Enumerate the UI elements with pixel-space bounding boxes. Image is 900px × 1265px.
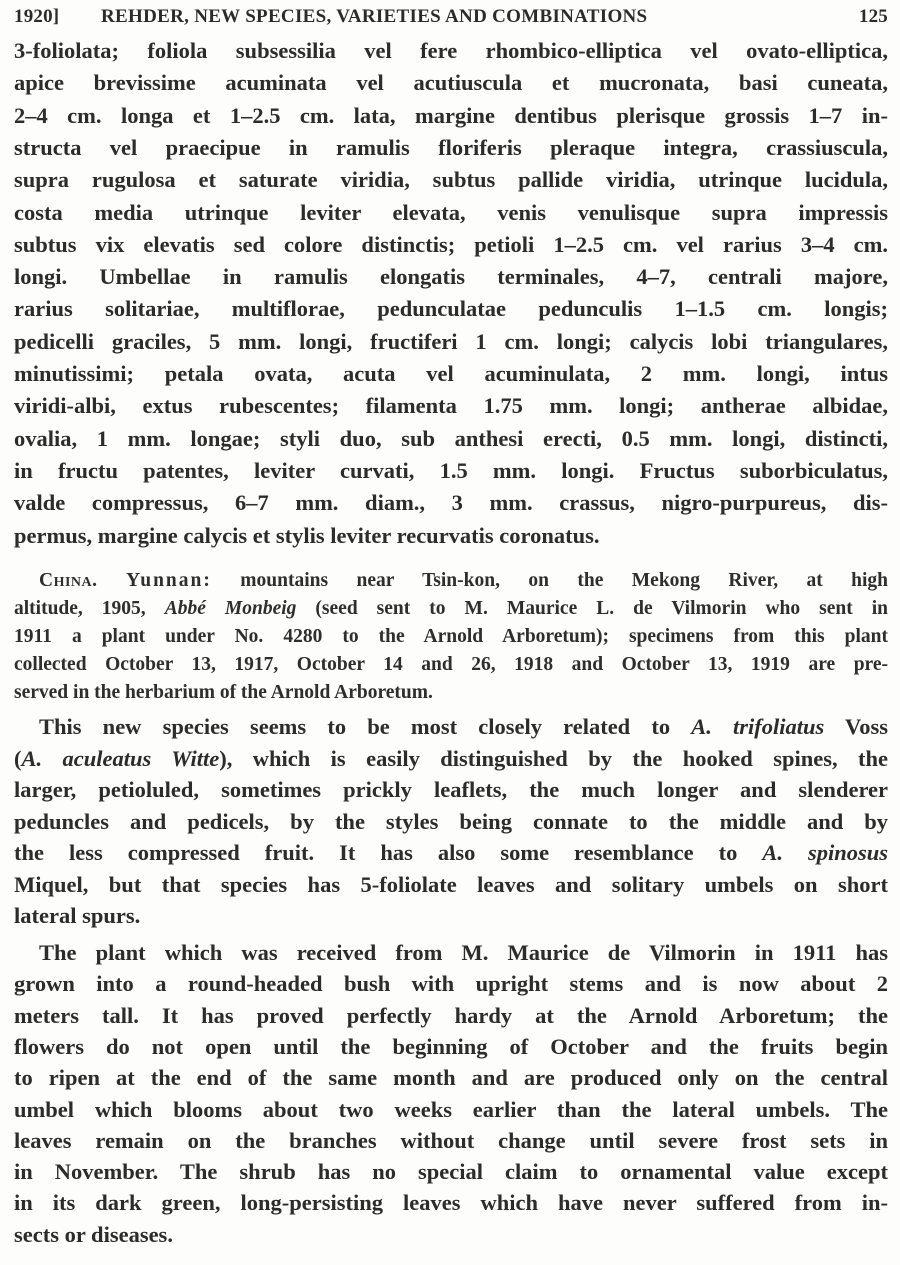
- description-line: supra rugulosa et saturate viridia, subt…: [14, 165, 888, 195]
- document-page: 1920] REHDER, NEW SPECIES, VARIETIES AND…: [0, 0, 900, 1265]
- description-line: 2–4 cm. longa et 1–2.5 cm. lata, margine…: [14, 101, 888, 131]
- page-number: 125: [859, 6, 888, 28]
- running-header: 1920] REHDER, NEW SPECIES, VARIETIES AND…: [14, 6, 888, 32]
- citation-region: Yunnan:: [126, 570, 212, 591]
- citation-date: altitude, 1905,: [14, 598, 165, 619]
- citation-line: 1911 a plant under No. 4280 to the Arnol…: [14, 624, 888, 650]
- text-span: the less compressed fruit. It has also s…: [14, 840, 762, 865]
- discussion-line: grown into a round-headed bush with upri…: [14, 969, 888, 999]
- description-line: apice brevissime acuminata vel acutiuscu…: [14, 68, 888, 98]
- discussion-line: the less compressed fruit. It has also s…: [14, 838, 888, 868]
- description-line: structa vel praecipue in ramulis florife…: [14, 133, 888, 163]
- text-span: Voss: [824, 714, 888, 739]
- citation-line: served in the herbarium of the Arnold Ar…: [14, 680, 888, 706]
- discussion-line: (A. aculeatus Witte), which is easily di…: [14, 744, 888, 774]
- description-line: longi. Umbellae in ramulis elongatis ter…: [14, 262, 888, 292]
- citation-line: altitude, 1905, Abbé Monbeig (seed sent …: [14, 596, 888, 622]
- discussion-line: This new species seems to be most closel…: [39, 712, 888, 742]
- header-title: REHDER, NEW SPECIES, VARIETIES AND COMBI…: [101, 6, 647, 28]
- description-line: pedicelli graciles, 5 mm. longi, fructif…: [14, 327, 888, 357]
- citation-note: (seed sent to M. Maurice L. de Vilmorin …: [296, 598, 888, 619]
- discussion-line: lateral spurs.: [14, 901, 888, 931]
- discussion-line: meters tall. It has proved perfectly har…: [14, 1001, 888, 1031]
- taxon-name: A. aculeatus Witte: [22, 746, 220, 771]
- discussion-line: leaves remain on the branches without ch…: [14, 1126, 888, 1156]
- discussion-line: flowers do not open until the beginning …: [14, 1032, 888, 1062]
- discussion-line: larger, petioluled, sometimes prickly le…: [14, 775, 888, 805]
- description-line: 3-foliolata; foliola subsessilia vel fer…: [14, 36, 888, 66]
- discussion-line: umbel which blooms about two weeks earli…: [14, 1095, 888, 1125]
- citation-line: China. Yunnan: mountains near Tsin-kon, …: [39, 568, 888, 594]
- discussion-line: sects or diseases.: [14, 1220, 888, 1250]
- description-line: minutissimi; petala ovata, acuta vel acu…: [14, 359, 888, 389]
- citation-country: China.: [39, 570, 98, 591]
- description-line: ovalia, 1 mm. longae; styli duo, sub ant…: [14, 424, 888, 454]
- description-line: costa media utrinque leviter elevata, ve…: [14, 198, 888, 228]
- discussion-line: The plant which was received from M. Mau…: [39, 938, 888, 968]
- text-span: ), which is easily distinguished by the …: [219, 746, 888, 771]
- text-span: (: [14, 746, 22, 771]
- discussion-line: to ripen at the end of the same month an…: [14, 1063, 888, 1093]
- citation-line: collected October 13, 1917, October 14 a…: [14, 652, 888, 678]
- description-line: in fructu patentes, leviter curvati, 1.5…: [14, 456, 888, 486]
- taxon-name: A. trifoliatus: [691, 714, 824, 739]
- discussion-line: Miquel, but that species has 5-foliolate…: [14, 870, 888, 900]
- header-year: 1920]: [14, 6, 59, 28]
- text-span: This new species seems to be most closel…: [39, 714, 691, 739]
- citation-locality: mountains near Tsin-kon, on the Mekong R…: [212, 570, 888, 591]
- discussion-line: in its dark green, long-persisting leave…: [14, 1188, 888, 1218]
- discussion-line: in November. The shrub has no special cl…: [14, 1157, 888, 1187]
- description-line: rarius solitariae, multiflorae, peduncul…: [14, 294, 888, 324]
- discussion-line: peduncles and pedicels, by the styles be…: [14, 807, 888, 837]
- description-line: valde compressus, 6–7 mm. diam., 3 mm. c…: [14, 488, 888, 518]
- description-line: subtus vix elevatis sed colore distincti…: [14, 230, 888, 260]
- description-line: viridi-albi, extus rubescentes; filament…: [14, 391, 888, 421]
- description-line: permus, margine calycis et stylis levite…: [14, 521, 888, 551]
- taxon-name: A. spinosus: [762, 840, 888, 865]
- citation-collector: Abbé Monbeig: [165, 598, 297, 619]
